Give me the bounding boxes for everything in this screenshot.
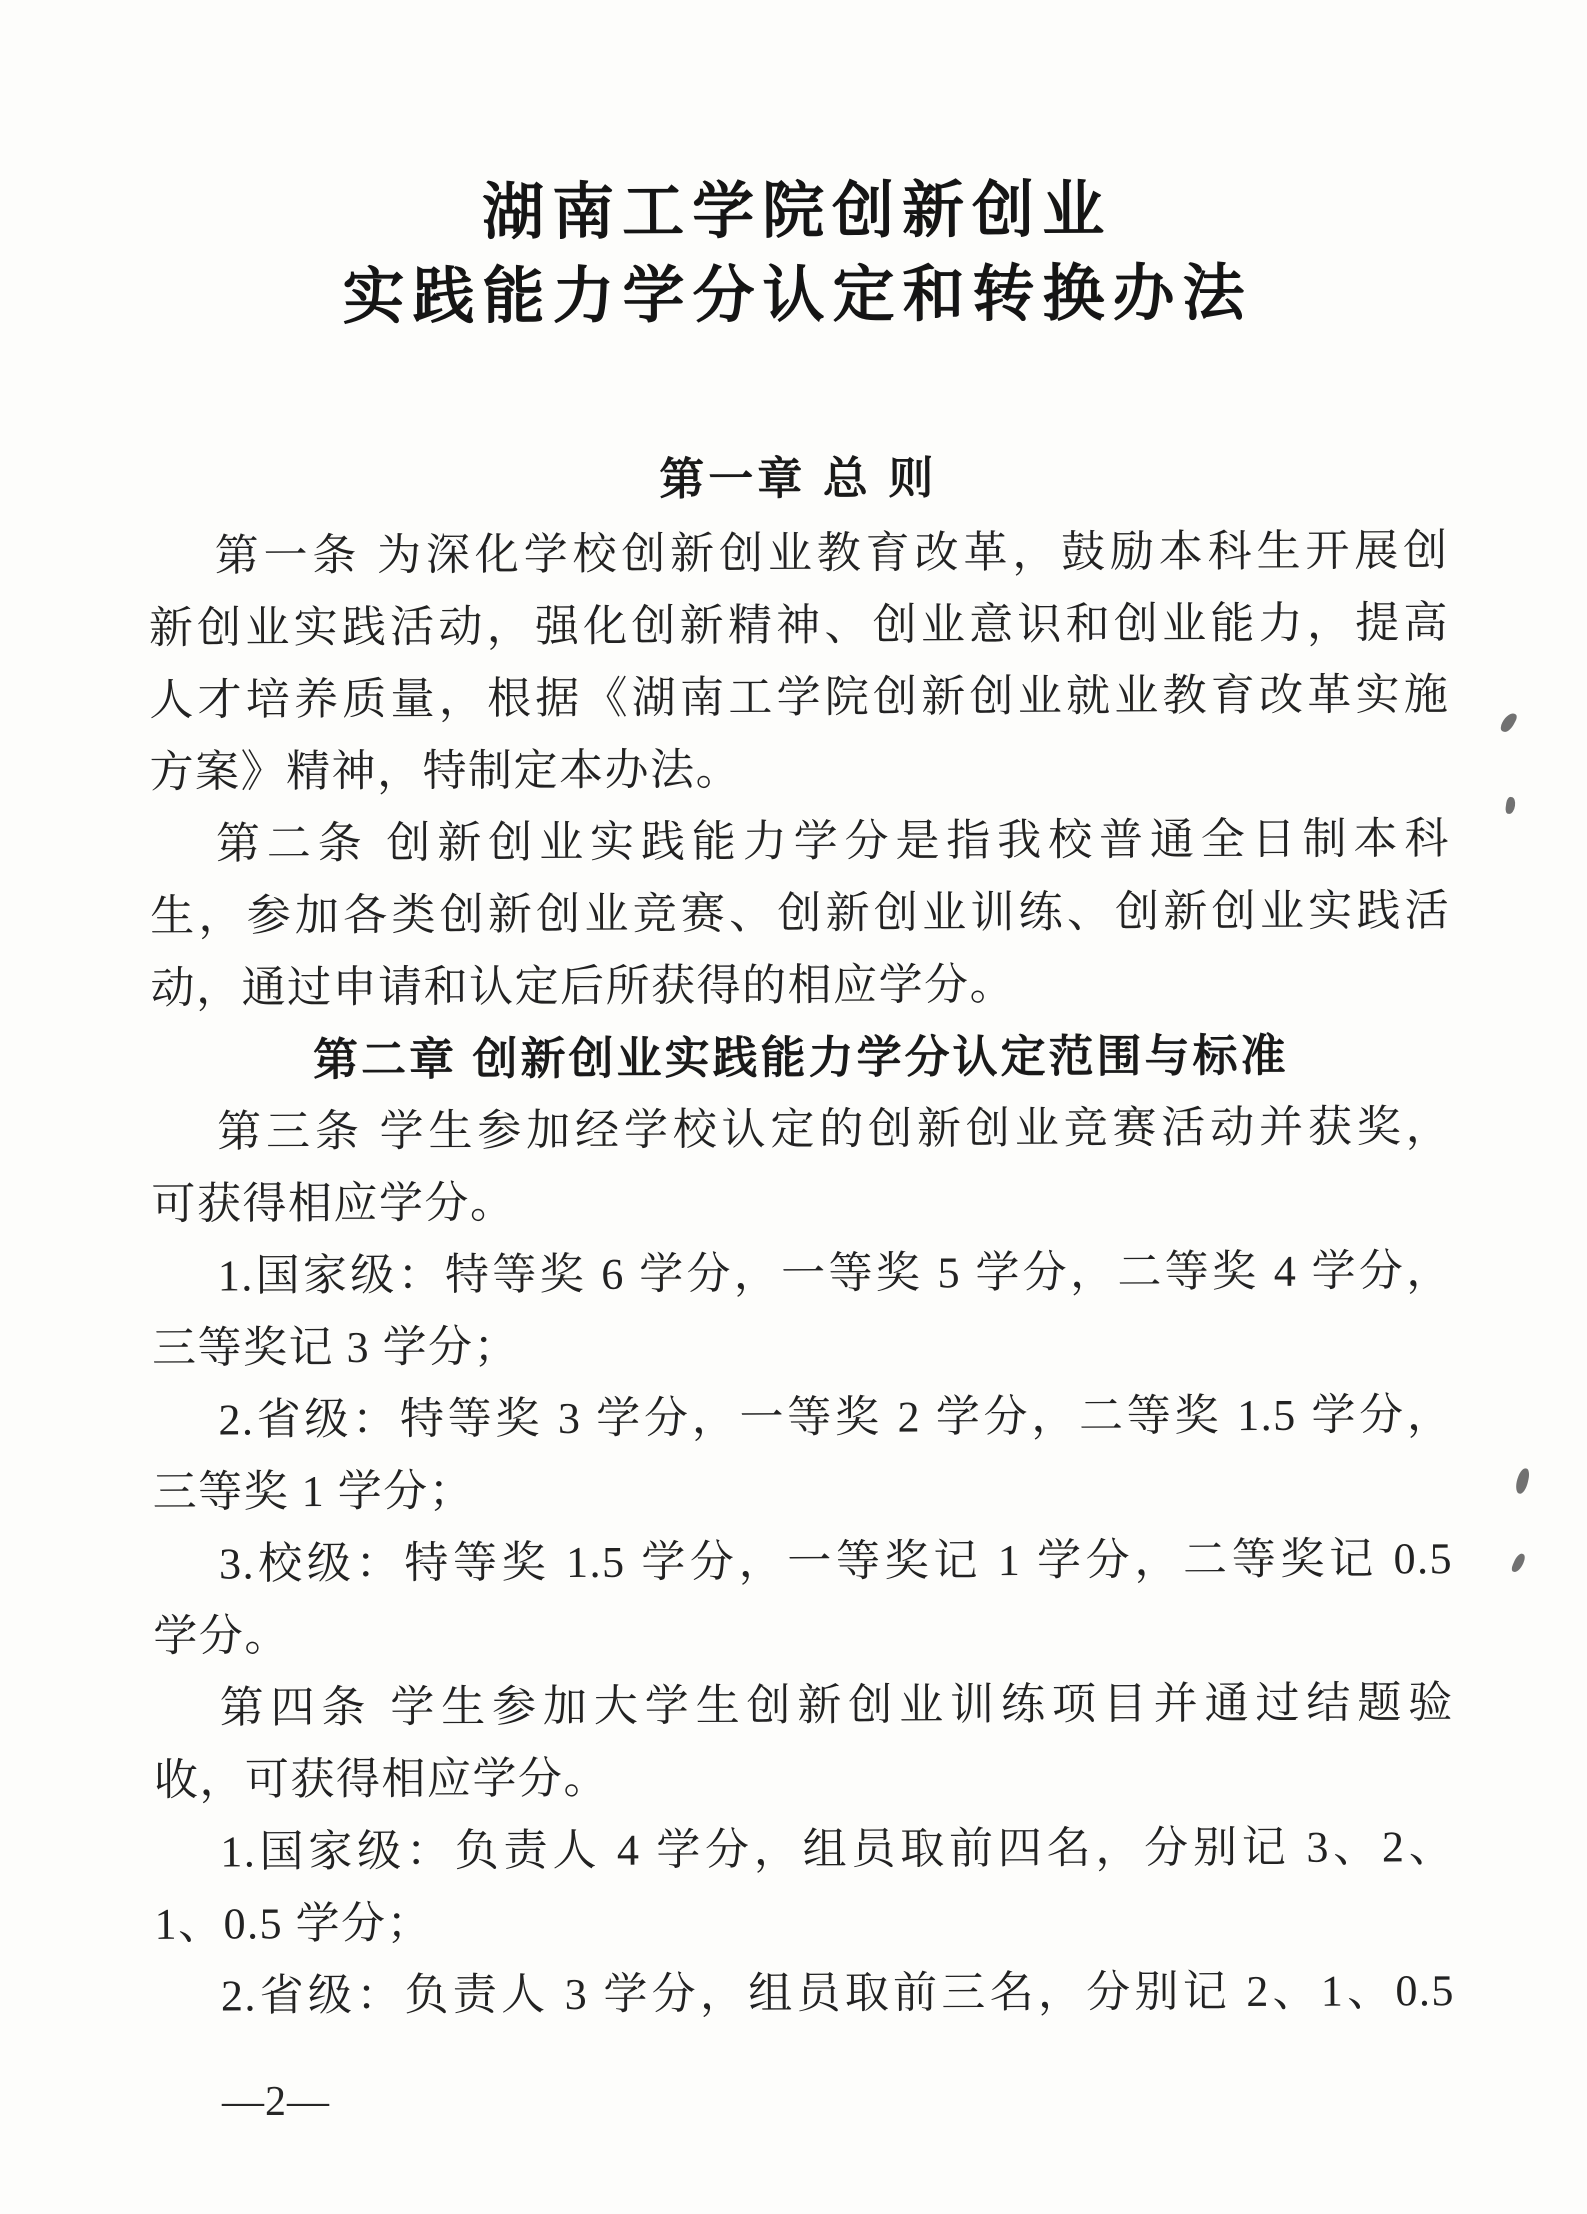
document-title: 湖南工学院创新创业 实践能力学分认定和转换办法	[146, 0, 1447, 341]
page-number: —2—	[222, 2078, 330, 2126]
document-line: 学分。	[153, 1595, 1453, 1673]
document-line: 人才培养质量，根据《湖南工学院创新创业就业教育改革实施	[149, 659, 1449, 737]
title-line-2: 实践能力学分认定和转换办法	[147, 251, 1447, 341]
document-line: 1.国家级：负责人 4 学分，组员取前四名，分别记 3、2、	[154, 1811, 1454, 1889]
document-line: 三等奖 1 学分；	[153, 1451, 1453, 1529]
document-line: 2.省级：负责人 3 学分，组员取前三名，分别记 2、1、0.5	[155, 1955, 1455, 2033]
document-content: 湖南工学院创新创业 实践能力学分认定和转换办法 第一章 总 则第一条 为深化学校…	[146, 0, 1455, 2033]
document-line: 3.校级：特等奖 1.5 学分，一等奖记 1 学分，二等奖记 0.5	[153, 1523, 1453, 1601]
document-page: 湖南工学院创新创业 实践能力学分认定和转换办法 第一章 总 则第一条 为深化学校…	[0, 0, 1587, 2214]
scan-artifact	[1499, 711, 1519, 735]
document-line: 第二条 创新创业实践能力学分是指我校普通全日制本科	[150, 803, 1450, 881]
document-line: 第四条 学生参加大学生创新创业训练项目并通过结题验	[154, 1667, 1454, 1745]
title-line-1: 湖南工学院创新创业	[147, 167, 1447, 257]
document-line: 动，通过申请和认定后所获得的相应学分。	[150, 947, 1450, 1025]
document-line: 三等奖记 3 学分；	[152, 1307, 1452, 1385]
chapter-heading: 第一章 总 则	[148, 447, 1448, 511]
document-line: 1.国家级：特等奖 6 学分，一等奖 5 学分，二等奖 4 学分，	[152, 1235, 1452, 1313]
document-line: 1、0.5 学分；	[154, 1883, 1454, 1961]
document-line: 第三条 学生参加经学校认定的创新创业竞赛活动并获奖，	[151, 1091, 1451, 1169]
document-line: 收，可获得相应学分。	[154, 1739, 1454, 1817]
scan-artifact	[1514, 1467, 1530, 1495]
scan-artifact	[1510, 1552, 1526, 1574]
document-line: 可获得相应学分。	[151, 1163, 1451, 1241]
document-line: 第一条 为深化学校创新创业教育改革，鼓励本科生开展创	[148, 515, 1448, 593]
document-line: 新创业实践活动，强化创新精神、创业意识和创业能力，提高	[149, 587, 1449, 665]
document-body: 第一章 总 则第一条 为深化学校创新创业教育改革，鼓励本科生开展创新创业实践活动…	[148, 447, 1455, 2033]
document-line: 方案》精神，特制定本办法。	[149, 731, 1449, 809]
chapter-heading: 第二章 创新创业实践能力学分认定范围与标准	[151, 1019, 1451, 1097]
document-line: 2.省级：特等奖 3 学分，一等奖 2 学分，二等奖 1.5 学分，	[152, 1379, 1452, 1457]
scan-artifact	[1505, 796, 1516, 814]
document-line: 生，参加各类创新创业竞赛、创新创业训练、创新创业实践活	[150, 875, 1450, 953]
